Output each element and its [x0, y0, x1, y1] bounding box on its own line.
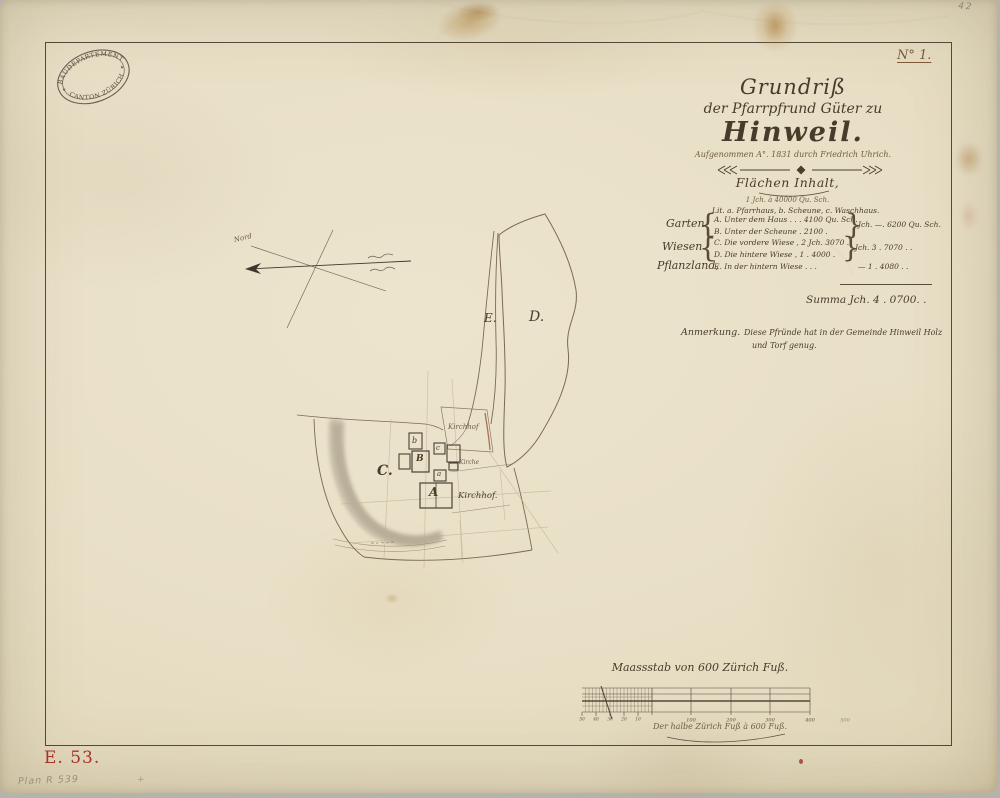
svg-text:10: 10: [635, 718, 641, 723]
corner-pencil-note: 42: [958, 2, 974, 13]
pencil-plus-mark: +: [137, 776, 145, 786]
svg-text:40: 40: [592, 718, 599, 723]
scale-bar: 50 40 30 20 10 100 200 300 400 500: [579, 686, 850, 742]
parcel-label-e: E.: [484, 312, 497, 325]
building-label-b: b: [412, 437, 417, 446]
svg-text:CANTON ZÜRICH: CANTON ZÜRICH: [66, 71, 130, 110]
building-label-B: B: [416, 455, 424, 465]
summa-line: Summa Jch. 4 . 0700. .: [806, 295, 926, 307]
parcel-label-a-big: A: [429, 486, 438, 499]
garten-row-b: B. Unter der Scheune . 2100 .: [714, 228, 828, 236]
sheet-number: N° 1.: [897, 49, 931, 63]
group-label-wiesen: Wiesen: [662, 241, 702, 253]
group-label-pflanzland: Pflanzland,: [657, 260, 719, 272]
anmerkung-label: Anmerkung.: [681, 328, 740, 338]
garten-total: Jch. —. 6200 Qu. Sch.: [858, 221, 941, 229]
kirche-label: Kirche: [459, 460, 479, 467]
map-title-place: Hinweil.: [643, 118, 943, 148]
scale-hatch: [582, 688, 652, 712]
wiesen-row-d: D. Die hintere Wiese , 1 . 4000 .: [714, 251, 835, 259]
kirchhof-bottom-label: Kirchhof.: [458, 492, 498, 501]
svg-text:500: 500: [840, 718, 850, 724]
parcel-label-c: C.: [377, 464, 393, 479]
kirchhof-top-label: Kirchhof: [448, 424, 479, 432]
legend-heading: Flächen Inhalt,: [700, 176, 875, 190]
svg-text:30: 30: [607, 718, 613, 723]
stamp-bottom-text: CANTON ZÜRICH: [66, 71, 130, 110]
scale-title: Maassstab von 600 Zürich Fuß.: [600, 662, 800, 674]
garten-row-a: A. Unter dem Haus . . . 4100 Qu. Sch.: [714, 216, 858, 224]
parcel-label-d: D.: [529, 310, 544, 325]
wiesen-row-c: C. Die vordere Wiese , 2 Jch. 3070 .: [714, 239, 849, 247]
building-shed: [399, 454, 410, 469]
scale-caption-flourish: [667, 734, 785, 742]
summa-rule: [840, 284, 932, 285]
svg-text:20: 20: [620, 718, 627, 723]
church-annex: [449, 463, 458, 470]
divider-diamond-icon: [797, 166, 806, 175]
anmerkung-line1: Diese Pfründe hat in der Gemeinde Hinwei…: [744, 329, 942, 338]
scale-caption: Der halbe Zürich Fuß à 600 Fuß.: [640, 723, 800, 732]
building-label-c: c: [436, 445, 440, 453]
building-label-a: a: [437, 471, 441, 479]
pflanzland-total: — 1 . 4080 . .: [858, 263, 908, 271]
svg-text:400: 400: [804, 718, 815, 724]
map-title-subtitle: Aufgenommen A°. 1831 durch Friedrich Uhr…: [643, 151, 943, 160]
compass-rose: [245, 230, 411, 328]
wiesen-total: Jch. 3 . 7070 . .: [855, 244, 912, 252]
parcel-d-outline: [499, 214, 576, 467]
svg-text:50: 50: [579, 718, 585, 723]
shelfmark-pencil: Plan R 539: [18, 775, 79, 788]
legend-subheading: 1 Jch. à 40000 Qu. Sch.: [700, 197, 875, 205]
map-title-line1: Grundriß: [643, 76, 943, 99]
shelfmark-red: E. 53.: [44, 749, 100, 768]
map-title-line2: der Pfarrpfrund Güter zu: [643, 102, 943, 117]
anmerkung-line2: und Torf genug.: [752, 342, 817, 351]
scanned-map-sheet: 50 40 30 20 10 100 200 300 400 500 BAUDE…: [0, 0, 1000, 798]
pflanzland-row-e: E. In der hintern Wiese . . .: [714, 263, 817, 271]
parcel-e-outline: [466, 231, 498, 429]
red-boundary-line: [485, 413, 490, 450]
